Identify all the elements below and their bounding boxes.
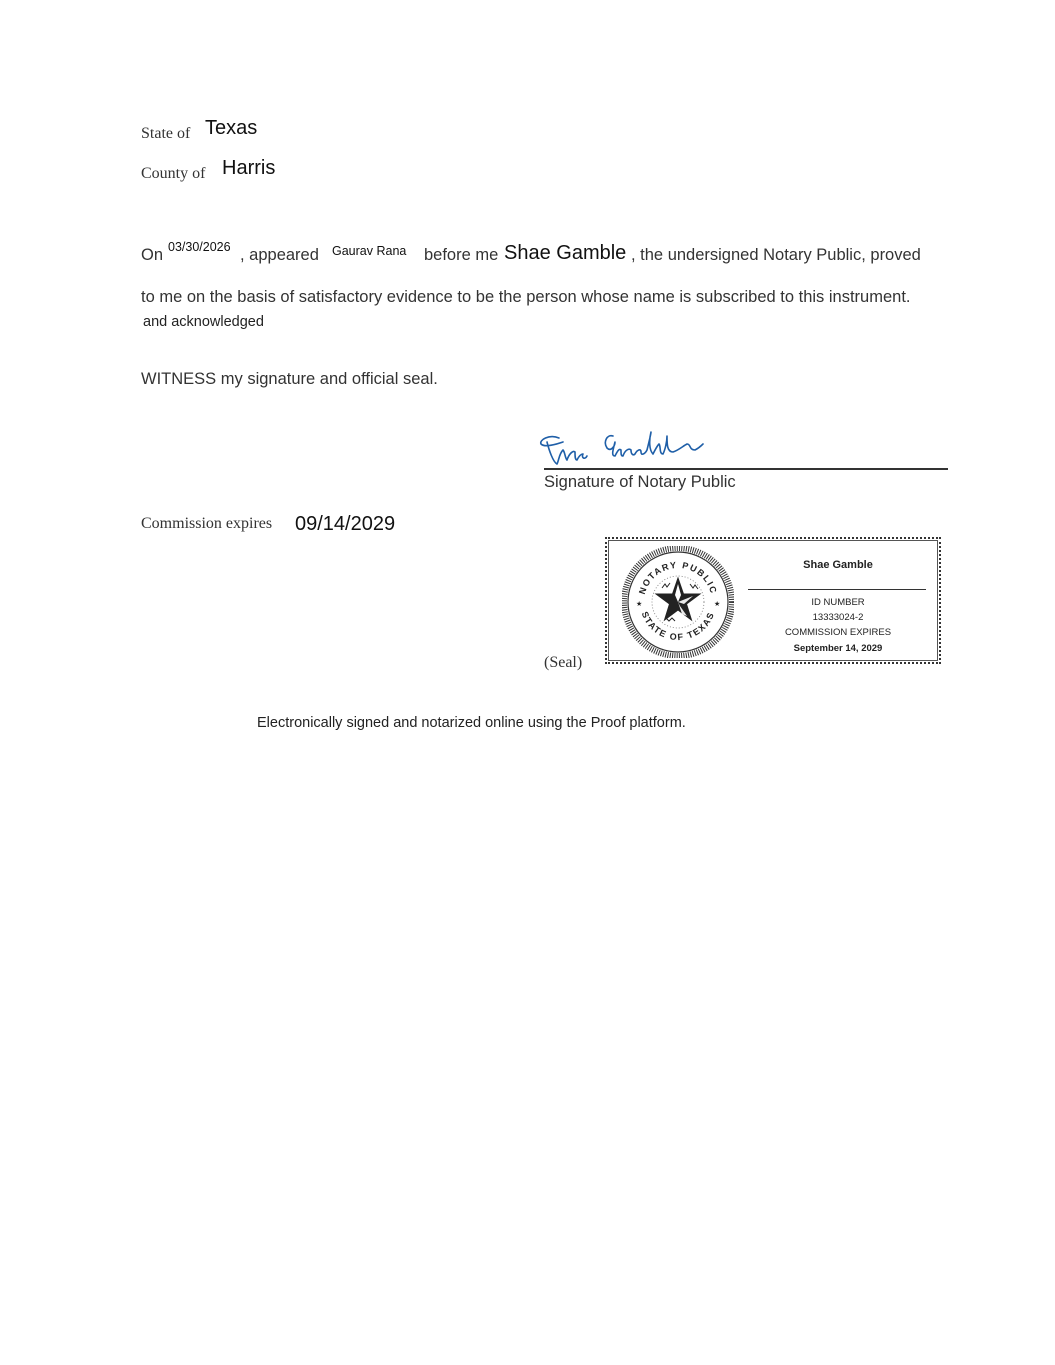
state-value: Texas (205, 117, 257, 140)
signature-caption: Signature of Notary Public (544, 473, 736, 492)
state-label: State of (141, 125, 190, 143)
texas-notary-emblem: NOTARY PUBLIC STATE OF TEXAS ★ ★ (622, 546, 734, 658)
seal-notary-name: Shae Gamble (748, 559, 928, 571)
on-label: On (141, 246, 163, 265)
seal-label: (Seal) (544, 654, 582, 672)
acknowledgment-line2: to me on the basis of satisfactory evide… (141, 288, 911, 307)
county-label: County of (141, 165, 205, 183)
proof-platform-footer: Electronically signed and notarized onli… (257, 715, 686, 731)
seal-divider (748, 589, 926, 590)
svg-text:STATE OF TEXAS: STATE OF TEXAS (640, 610, 717, 642)
acknowledgment-line1-rest: , the undersigned Notary Public, proved (631, 246, 921, 265)
commission-value: 09/14/2029 (295, 513, 395, 536)
acknowledgment-line3: and acknowledged (143, 314, 264, 330)
svg-text:★: ★ (636, 600, 642, 608)
seal-id-value: 13333024-2 (748, 612, 928, 623)
seal-expires-label: COMMISSION EXPIRES (748, 627, 928, 638)
signature-line (544, 468, 948, 470)
commission-label: Commission expires (141, 515, 272, 533)
notary-name-inline: Shae Gamble (504, 242, 626, 265)
witness-text: WITNESS my signature and official seal. (141, 370, 438, 389)
before-me-label: before me (424, 246, 498, 265)
svg-text:★: ★ (714, 600, 720, 608)
acknowledgment-date: 03/30/2026 (168, 240, 231, 254)
signature-scribble-icon (537, 420, 717, 470)
star-seal-icon: NOTARY PUBLIC STATE OF TEXAS ★ ★ (622, 546, 734, 658)
signer-name: Gaurav Rana (332, 244, 406, 258)
notary-signature (537, 420, 717, 470)
seal-id-label: ID NUMBER (748, 597, 928, 608)
appeared-label: , appeared (240, 246, 319, 265)
seal-expires-value: September 14, 2029 (748, 643, 928, 654)
county-value: Harris (222, 157, 275, 180)
